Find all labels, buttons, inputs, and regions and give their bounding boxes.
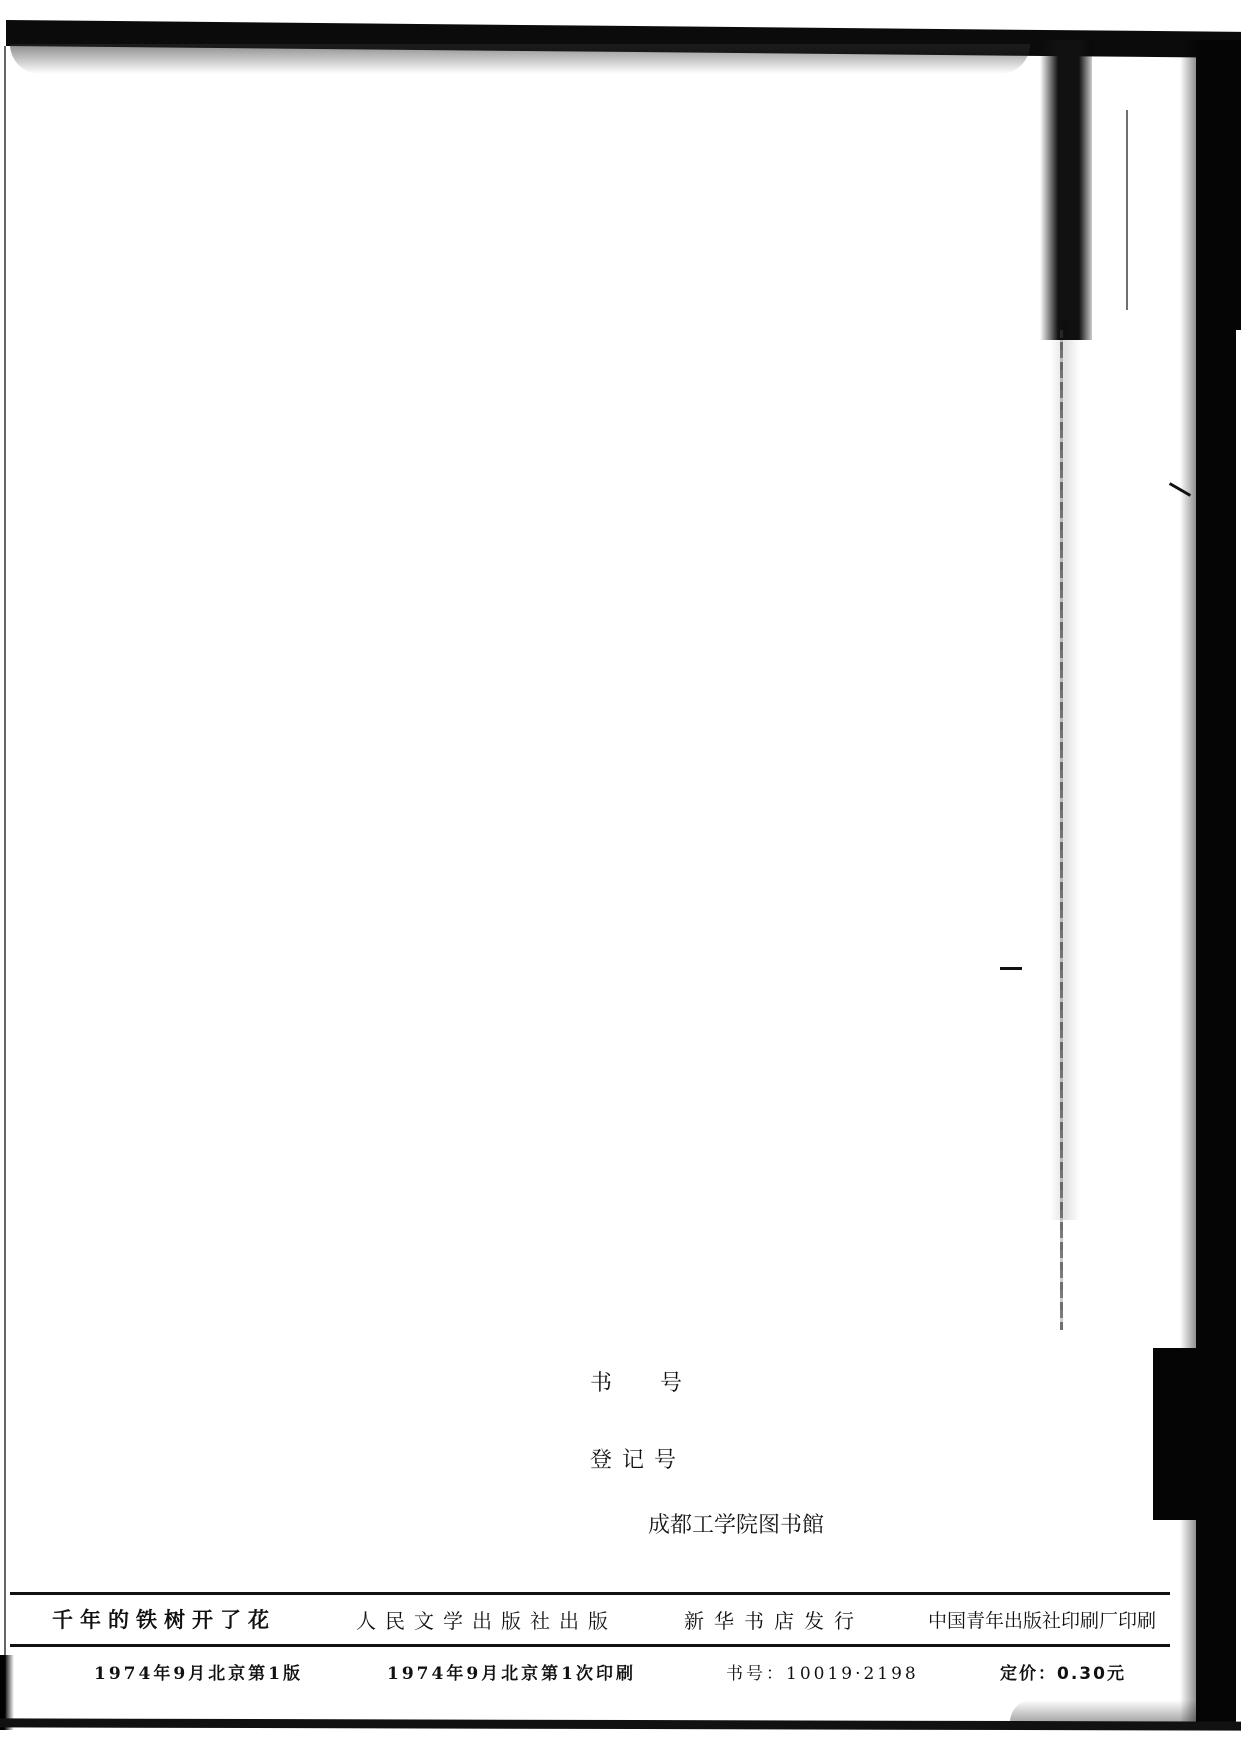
colophon-top-rule — [10, 1592, 1170, 1595]
binding-edge-line — [1126, 110, 1128, 310]
scan-bottom-border — [0, 1718, 1241, 1730]
book-code-label: 书号： — [726, 1664, 786, 1684]
scan-left-edge — [4, 46, 6, 1726]
registration-label-char: 号 — [654, 1448, 676, 1473]
price-value: 0.30元 — [1057, 1664, 1126, 1684]
scan-bottom-smudge — [1010, 1700, 1200, 1722]
printer: 中国青年出版社印刷厂印刷 — [928, 1606, 1156, 1633]
publisher: 人民文学出版社出版 — [356, 1605, 617, 1634]
colophon-row-1: 千年的铁树开了花 人民文学出版社出版 新华书店发行 中国青年出版社印刷厂印刷 — [0, 1604, 1170, 1634]
colophon-middle-rule — [10, 1644, 1170, 1647]
colophon-row-2: 1974年9月北京第1版 1974年9月北京第1次印刷 书号：10019·219… — [0, 1659, 1170, 1687]
book-code: 书号：10019·2198 — [726, 1659, 919, 1684]
registration-label-char: 登 — [590, 1448, 612, 1473]
registration-label-char: 记 — [622, 1448, 644, 1473]
registration-number-field: 登记号 — [576, 1418, 676, 1499]
book-number-label-left: 书 — [590, 1371, 612, 1396]
scan-right-margin — [1236, 330, 1241, 1730]
library-stamp: 成都工学院图书館 — [648, 1508, 824, 1539]
book-title: 千年的铁树开了花 — [52, 1604, 276, 1634]
scan-gutter-shadow — [1040, 40, 1092, 340]
distributor: 新华书店发行 — [684, 1605, 864, 1634]
printing-info: 1974年9月北京第1次印刷 — [387, 1659, 636, 1684]
book-code-value: 10019·2198 — [786, 1664, 919, 1684]
binding-mark — [1000, 967, 1022, 970]
binding-stitch-line — [1060, 330, 1063, 1330]
edition-info: 1974年9月北京第1版 — [94, 1659, 303, 1684]
price: 定价：0.30元 — [1000, 1659, 1126, 1684]
scan-gutter-speckle — [1050, 320, 1080, 1220]
book-number-label-right: 号 — [660, 1371, 682, 1396]
price-label: 定价： — [1000, 1664, 1057, 1684]
scan-dark-tab — [1153, 1348, 1233, 1520]
scan-top-shadow — [10, 44, 1030, 74]
book-number-field: 书号 — [576, 1341, 682, 1422]
